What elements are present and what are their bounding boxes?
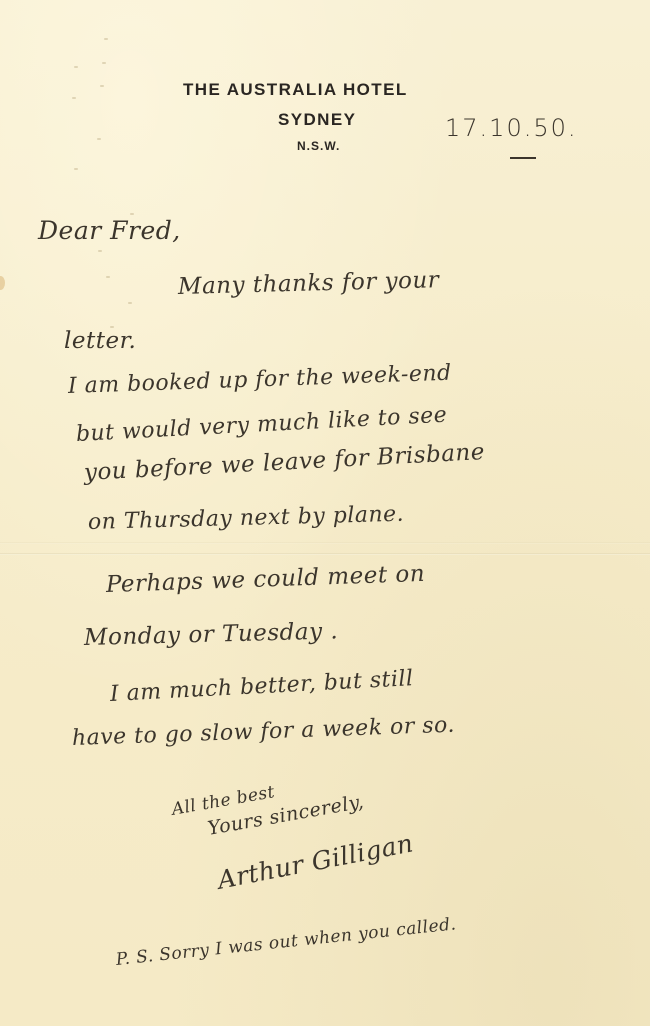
body-line: you before we leave for Brisbane <box>83 439 485 486</box>
signature: Arthur Gilligan <box>215 828 416 894</box>
emboss-mark <box>104 38 108 40</box>
emboss-mark <box>72 97 76 99</box>
paper-fold-line <box>0 553 650 555</box>
body-line: Monday or Tuesday . <box>84 618 339 651</box>
letterhead-state: N.S.W. <box>297 139 340 153</box>
postscript: P. S. Sorry I was out when you called. <box>115 914 457 970</box>
salutation: Dear Fred, <box>38 216 181 245</box>
emboss-mark <box>102 62 106 64</box>
emboss-mark <box>74 168 78 170</box>
emboss-mark <box>106 276 110 278</box>
emboss-mark <box>130 213 134 215</box>
letterhead-hotel-name: THE AUSTRALIA HOTEL <box>183 80 408 100</box>
date-underline <box>510 157 536 159</box>
body-line: Perhaps we could meet on <box>106 561 426 598</box>
emboss-mark <box>97 138 101 140</box>
emboss-mark <box>98 250 102 252</box>
paper-stain <box>0 276 5 290</box>
letter-page: THE AUSTRALIA HOTEL SYDNEY N.S.W. 17.10.… <box>0 0 650 1026</box>
body-line: but would very much like to see <box>75 403 447 447</box>
emboss-mark <box>128 302 132 304</box>
body-line: Many thanks for your <box>178 267 440 300</box>
letter-date: 17.10.50. <box>445 114 578 142</box>
body-line: I am much better, but still <box>109 666 414 707</box>
letterhead-city: SYDNEY <box>278 110 356 130</box>
body-line: have to go slow for a week or so. <box>72 713 456 751</box>
paper-fold-line <box>0 542 650 544</box>
emboss-mark <box>74 66 78 68</box>
emboss-mark <box>100 85 104 87</box>
body-line: on Thursday next by plane. <box>88 502 405 535</box>
body-line: I am booked up for the week-end <box>68 361 452 399</box>
body-line: letter. <box>64 328 136 354</box>
